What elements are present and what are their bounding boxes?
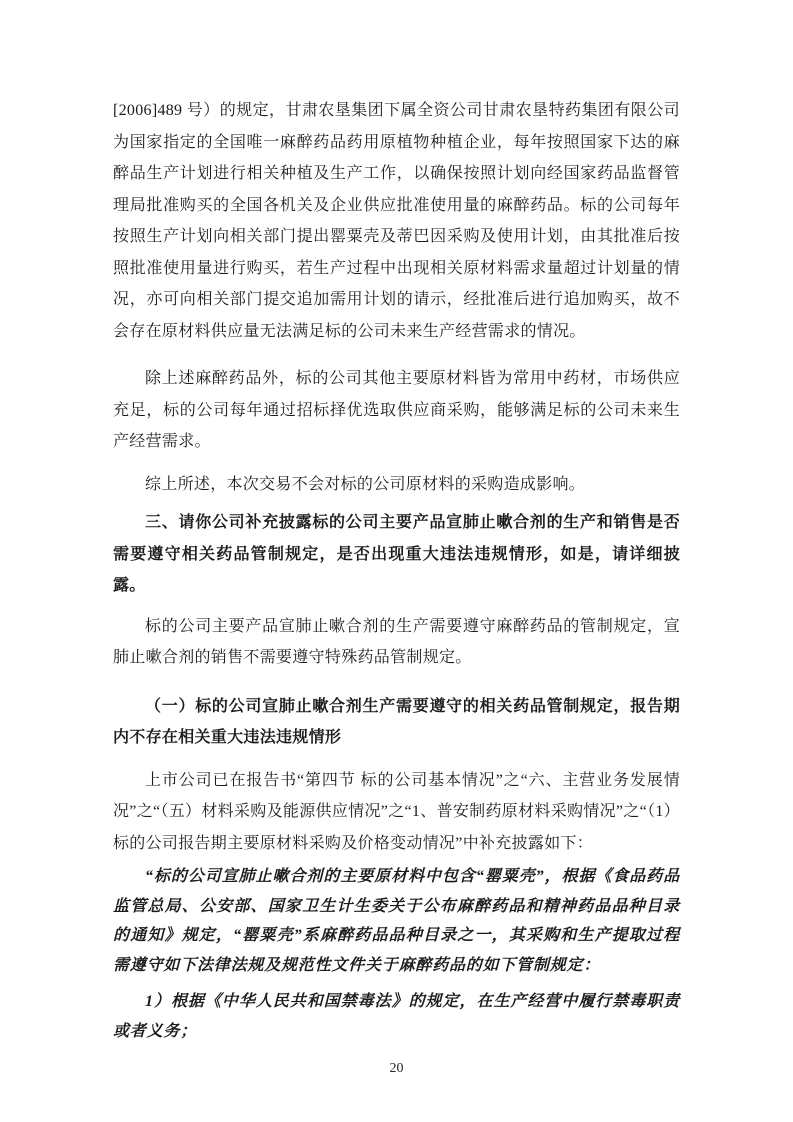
- paragraph-answer-summary: 标的公司主要产品宣肺止嗽合剂的生产需要遵守麻醉药品的管制规定，宣肺止嗽合剂的销售…: [113, 611, 680, 674]
- document-page: [2006]489 号）的规定，甘肃农垦集团下属全资公司甘肃农垦特药集团有限公司…: [0, 0, 793, 1122]
- paragraph-conclusion: 综上所述，本次交易不会对标的公司原材料的采购造成影响。: [113, 469, 680, 501]
- paragraph-anesthetic-procurement: [2006]489 号）的规定，甘肃农垦集团下属全资公司甘肃农垦特药集团有限公司…: [113, 95, 680, 347]
- paragraph-other-raw-materials: 除上述麻醉药品外，标的公司其他主要原材料皆为常用中药材，市场供应充足，标的公司每…: [113, 363, 680, 458]
- quoted-disclosure-poppy-husk: “标的公司宣肺止嗽合剂的主要原材料中包含“罂粟壳”，根据《食品药品监管总局、公安…: [113, 862, 680, 980]
- quoted-disclosure-item-1: 1）根据《中华人民共和国禁毒法》的规定，在生产经营中履行禁毒职责或者义务；: [113, 987, 680, 1046]
- paragraph-disclosure-location: 上市公司已在报告书“第四节 标的公司基本情况”之“六、主营业务发展情况”之“（五…: [113, 765, 680, 860]
- subsection-heading-one: （一）标的公司宣肺止嗽合剂生产需要遵守的相关药品管制规定，报告期内不存在相关重大…: [113, 691, 680, 754]
- page-number: 20: [113, 1059, 680, 1079]
- section-heading-three: 三、请你公司补充披露标的公司主要产品宣肺止嗽合剂的生产和销售是否需要遵守相关药品…: [113, 507, 680, 602]
- document-body: [2006]489 号）的规定，甘肃农垦集团下属全资公司甘肃农垦特药集团有限公司…: [113, 95, 680, 1046]
